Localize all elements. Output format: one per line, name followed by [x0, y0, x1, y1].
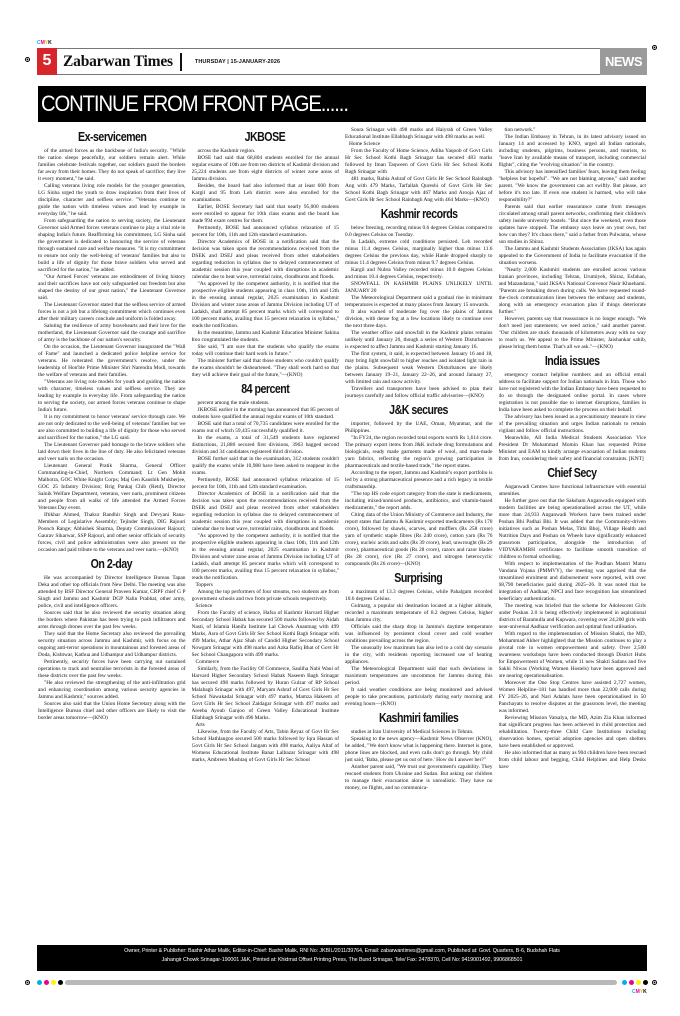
- paragraph: He also informed that as many as 904 chi…: [499, 750, 647, 771]
- subhead: Arts: [192, 722, 340, 729]
- paragraph: The first system, it said, is expected b…: [345, 351, 493, 386]
- paragraph: They said that the Home Secretary also r…: [38, 631, 186, 659]
- column-4: tion network."The Indian Embassy in Tehr…: [499, 127, 647, 932]
- paragraph: Travellers and transporters have been ad…: [345, 386, 493, 400]
- paragraph: "Our Armed Forces' veterans are embodime…: [38, 274, 186, 302]
- swatch-black-left: [58, 980, 63, 985]
- headline-text: India issues: [545, 354, 600, 369]
- paragraph: Calling veterans living role models for …: [38, 183, 186, 218]
- masthead-divider: [180, 53, 182, 71]
- column-1: Ex-servicemenof the armed forces as the …: [38, 127, 186, 932]
- headline-text: Kashmiri families: [379, 711, 458, 726]
- article-headline: Ex-servicemen: [38, 130, 186, 145]
- paragraph: Meanwhile, All India Medical Students As…: [499, 435, 647, 463]
- paragraph: "The top HS code export category from th…: [345, 491, 493, 512]
- paragraph: She said, "I am sure that the students w…: [192, 344, 340, 358]
- headline-text: J&K secures: [389, 403, 448, 418]
- paragraph: BOSE further said that in the examinatio…: [192, 456, 340, 477]
- swatch-magenta-right: [629, 980, 634, 985]
- paragraph: a maximum of 13.3 degrees Celsius, while…: [345, 589, 493, 603]
- masthead: 5 Zabarwan Times THURSDAY | 15-JANUARY-2…: [37, 48, 647, 75]
- paragraph: SNOWFALL IN KASHMIR PLAINS UNLIKELY UNTI…: [345, 281, 493, 295]
- paragraph: From the Faculty of Home Science, Adiba …: [345, 148, 493, 176]
- paragraph: Sources said that he also reviewed the s…: [38, 610, 186, 631]
- paper-name: Zabarwan Times: [63, 53, 173, 71]
- article-headline: Chief Secy: [499, 466, 647, 481]
- registration-mark-bottom-right: [652, 980, 657, 985]
- paragraph: On the occasion, the Lieutenant Governor…: [38, 344, 186, 379]
- paragraph: "As approved by the competent authority,…: [192, 281, 340, 330]
- swatch-magenta-left: [44, 980, 49, 985]
- paragraph: Reviewing Mission Vatsalya, the MD, Azim…: [499, 715, 647, 750]
- article-headline: JKBOSE: [192, 130, 340, 145]
- paragraph: emergency contact helpline numbers and a…: [499, 372, 647, 414]
- paragraph: percent among the male students.: [192, 400, 340, 407]
- swatch-cyan-right: [622, 980, 627, 985]
- paragraph: Gulmarg, a popular ski destination locat…: [345, 603, 493, 624]
- imprint-line-2: Jahangir Chowk Srinagar-190001 J&K, Prin…: [58, 956, 625, 965]
- paragraph: The minister further said that those stu…: [192, 358, 340, 379]
- paragraph: Director Academics of BOSE in a notifica…: [192, 491, 340, 533]
- paragraph: From the Faculty of science, Hafsa of Ka…: [192, 610, 340, 659]
- paragraph: "Veterans are living role models for you…: [38, 379, 186, 414]
- paragraph: Lieutenant General Pratik Sharma, Genera…: [38, 463, 186, 512]
- paragraph: The unusually low maximum has also led t…: [345, 645, 493, 666]
- paragraph: across the Kashmir region.: [192, 148, 340, 155]
- dateline: THURSDAY | 15-JANUARY-2026: [195, 59, 280, 65]
- paragraph: From safeguarding the nation to serving …: [38, 218, 186, 274]
- paragraph: Likewise, from the Faculty of Arts, Tabi…: [192, 729, 340, 764]
- paragraph: Sources also said that the Union Home Se…: [38, 701, 186, 722]
- headline-text: Ex-servicemen: [78, 130, 146, 145]
- imprint-footer: Owner, Printer & Publisher: Bashir Athar…: [37, 945, 647, 971]
- headline-text: Kashmir records: [380, 207, 457, 222]
- paragraph: In the exams, a total of 31,549 students…: [192, 435, 340, 456]
- paragraph: However, parents say that reassurance is…: [499, 316, 647, 351]
- paragraph: The Meteorological Department said a gra…: [345, 295, 493, 309]
- paragraph: Officials said the sharp drop in Jammu's…: [345, 624, 493, 645]
- paragraph: "In FY24, the region recorded total expo…: [345, 435, 493, 470]
- paragraph: It said weather conditions are being mon…: [345, 687, 493, 708]
- swatch-black-right: [643, 980, 648, 985]
- paragraph: The advisory has been issued as a precau…: [499, 414, 647, 435]
- grey-color-bar: [65, 980, 617, 985]
- paragraph: Iftikhar Ahmed, Thakur Randhir Singh and…: [38, 512, 186, 554]
- subhead: Commerce: [192, 659, 340, 666]
- paragraph: Soura Srinagar with 498 marks and Haiyra…: [345, 127, 493, 141]
- paragraph: In the meantime, Jammu and Kashmir Educa…: [192, 330, 340, 344]
- article-headline: Surprising: [345, 571, 493, 586]
- article-headline: On 2-day: [38, 557, 186, 572]
- paragraph: "He also reviewed the strengthening of t…: [38, 680, 186, 701]
- registration-mark-top-right: [652, 45, 657, 50]
- paragraph: The Lieutenant Governor paid homage to t…: [38, 442, 186, 463]
- paragraph: Kargil and Nubra Valley recorded minus 1…: [345, 267, 493, 281]
- subhead: Home Science: [345, 141, 493, 148]
- paragraph: BOSE said that a total of 70,735 candida…: [192, 421, 340, 435]
- paragraph: In Ladakh, extreme cold conditions persi…: [345, 239, 493, 267]
- cmyk-label-bottom: CMYK: [632, 989, 647, 995]
- paragraph: importer, followed by the UAE, Oman, Mya…: [345, 421, 493, 435]
- headline-text: JKBOSE: [245, 130, 286, 145]
- swatch-yellow-left: [51, 980, 56, 985]
- paragraph: The Indian Embassy in Tehran, in its lat…: [499, 134, 647, 169]
- headline-text: Surprising: [395, 571, 443, 586]
- banner-title: CONTINUE FROM FRONT PAGE......: [41, 91, 348, 117]
- imprint-line-1: Owner, Printer & Publisher: Bashir Athar…: [58, 947, 625, 956]
- article-headline: J&K secures: [345, 403, 493, 418]
- paragraph: He further gave out that the Saksham Ang…: [499, 498, 647, 561]
- paragraph: The Jammu and Kashmir Students Associati…: [499, 246, 647, 267]
- registration-mark-bottom-left: [25, 980, 30, 985]
- article-headline: Kashmir records: [345, 207, 493, 222]
- swatch-cyan-left: [37, 980, 42, 985]
- paragraph: Pertinently, BOSE had announced syllabus…: [192, 225, 340, 239]
- paragraph: Another parent said, "We trust our gover…: [345, 764, 493, 792]
- paragraph: of the armed forces as the backbone of I…: [38, 148, 186, 183]
- section-tag: NEWS: [600, 48, 647, 75]
- paragraph: The meeting was briefed that the scheme …: [499, 603, 647, 631]
- subhead: Toppers: [192, 582, 340, 589]
- headline-text: 84 percent: [241, 382, 289, 397]
- paragraph: tion network.": [499, 127, 647, 134]
- paragraph: 481 marks, Rabia Ashraf of Govt Girls Hr…: [345, 176, 493, 204]
- headline-text: Chief Secy: [548, 466, 597, 481]
- paragraph: According to the report, Jammu and Kashm…: [345, 470, 493, 491]
- registration-mark-top-left: [25, 57, 30, 62]
- paragraph: Similarly, from the Facility Of Commerce…: [192, 666, 340, 722]
- paragraph: Earlier, BOSE Secretary had said that ne…: [192, 204, 340, 225]
- paragraph: Parents said that earlier reassurance ca…: [499, 204, 647, 246]
- paragraph: Anganwadi Centres have functional infras…: [499, 484, 647, 498]
- paragraph: He was accompanied by Director Intellige…: [38, 575, 186, 610]
- paragraph: With respect to implementation of the Pr…: [499, 561, 647, 603]
- paragraph: "As approved by the competent authority,…: [192, 533, 340, 582]
- article-headline: 84 percent: [192, 382, 340, 397]
- paragraph: Director Academics of BOSE in a notifica…: [192, 239, 340, 281]
- article-headline: Kashmiri families: [345, 711, 493, 726]
- paragraph: Speaking to the news agency—Kashmir News…: [345, 736, 493, 764]
- page-number: 5: [37, 48, 57, 75]
- page-banner: CONTINUE FROM FRONT PAGE......: [38, 86, 646, 122]
- article-headline: India issues: [499, 354, 647, 369]
- paragraph: Pertinently, BOSE had announced syllabus…: [192, 477, 340, 491]
- paragraph: BOSE had said that 68,804 students enrol…: [192, 155, 340, 183]
- paragraph: The Meteorological Department said that …: [345, 666, 493, 687]
- paragraph: Saluting the resilience of army bravehea…: [38, 323, 186, 344]
- article-columns: Ex-servicemenof the armed forces as the …: [38, 127, 646, 932]
- paragraph: The Lieutenant Governor stated that the …: [38, 302, 186, 323]
- paragraph: "Nearly 2,000 Kashmiri students are enro…: [499, 267, 647, 316]
- paragraph: JKBOSE earlier in the morning has announ…: [192, 407, 340, 421]
- paragraph: It is my commitment to honor veterans' s…: [38, 414, 186, 442]
- paragraph: Besides, the board had also informed tha…: [192, 183, 340, 204]
- paragraph: It also warned of moderate fog over the …: [345, 309, 493, 330]
- paragraph: Moreover the One Stop Centres have assis…: [499, 680, 647, 715]
- paragraph: studies at Iran University of Medical Sc…: [345, 729, 493, 736]
- cmyk-label-top: CMYK: [37, 40, 52, 46]
- paragraph: With regard to the implementation of Mis…: [499, 631, 647, 680]
- paragraph: Among the top performers of four streams…: [192, 589, 340, 603]
- column-2: JKBOSEacross the Kashmir region.BOSE had…: [192, 127, 340, 932]
- column-3: Soura Srinagar with 498 marks and Haiyra…: [345, 127, 493, 932]
- paragraph: Pertinently, security forces have been c…: [38, 659, 186, 680]
- paragraph: below freezing, recording minus 0.6 degr…: [345, 225, 493, 239]
- paragraph: This advisory has intensified families' …: [499, 169, 647, 204]
- subhead: Science: [192, 603, 340, 610]
- swatch-yellow-right: [636, 980, 641, 985]
- paragraph: Citing data of the Union Ministry of Com…: [345, 512, 493, 568]
- paragraph: The weather office said snowfall in the …: [345, 330, 493, 351]
- headline-text: On 2-day: [91, 557, 132, 572]
